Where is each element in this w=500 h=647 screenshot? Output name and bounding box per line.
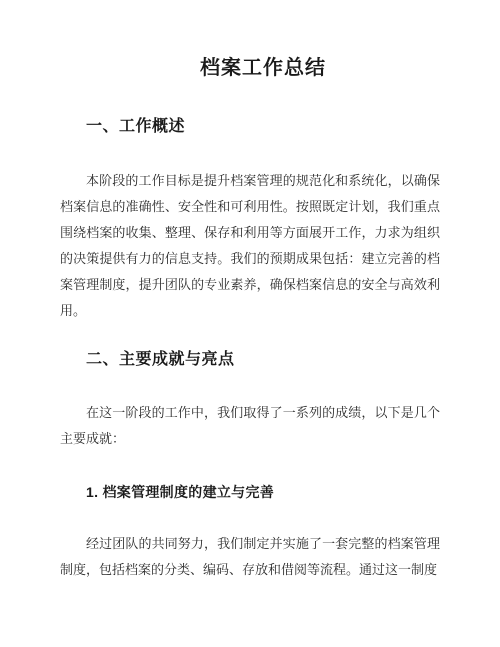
paragraph-achievements-intro: 在这一阶段的工作中，我们取得了一系列的成绩，以下是几个主要成就：: [60, 400, 440, 452]
section-heading-main-achievements: 二、主要成就与亮点: [60, 349, 440, 371]
paragraph-work-overview: 本阶段的工作目标是提升档案管理的规范化和系统化，以确保档案信息的准确性、安全性和…: [60, 168, 440, 324]
document-title: 档案工作总结: [60, 54, 440, 82]
document-page: 档案工作总结 一、工作概述 本阶段的工作目标是提升档案管理的规范化和系统化，以确…: [0, 0, 500, 647]
subsection-heading-archive-system: 1. 档案管理制度的建立与完善: [60, 482, 440, 502]
paragraph-archive-system: 经过团队的共同努力，我们制定并实施了一套完整的档案管理制度，包括档案的分类、编码…: [60, 531, 440, 583]
section-heading-work-overview: 一、工作概述: [60, 116, 440, 138]
